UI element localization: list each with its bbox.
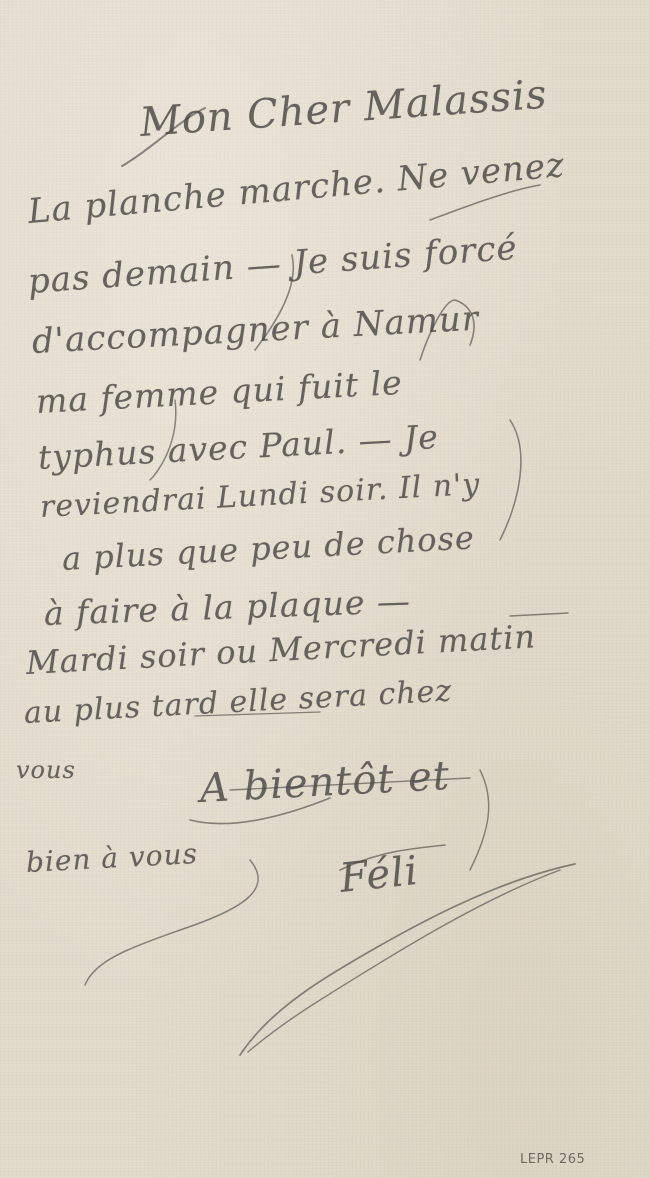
letter-line-5: typhus avec Paul. — Je [37, 417, 440, 477]
letter-line-2: pas demain — Je suis forcé [27, 228, 519, 302]
closing-bien-a-vous: bien à vous [25, 837, 199, 879]
letter-page: Mon Cher Malassis La planche marche. Ne … [0, 0, 650, 1178]
letter-line-8: à faire à la plaque — [43, 581, 411, 633]
letter-line-6: reviendrai Lundi soir. Il n'y [39, 467, 481, 525]
letter-line-3: d'accompagner à Namur [31, 299, 480, 362]
letter-line-11: vous [16, 756, 76, 784]
closing-a-bientot: A bientôt et [199, 753, 451, 812]
letter-line-7: a plus que peu de chose [61, 518, 476, 578]
archive-mark: LEPR 265 [520, 1152, 585, 1167]
letter-line-4: ma femme qui fuit le [35, 363, 404, 421]
signature: Féli [338, 848, 421, 902]
salutation: Mon Cher Malassis [138, 72, 548, 146]
letter-line-1: La planche marche. Ne venez [26, 145, 566, 232]
letter-line-10: au plus tard elle sera chez [23, 674, 453, 731]
